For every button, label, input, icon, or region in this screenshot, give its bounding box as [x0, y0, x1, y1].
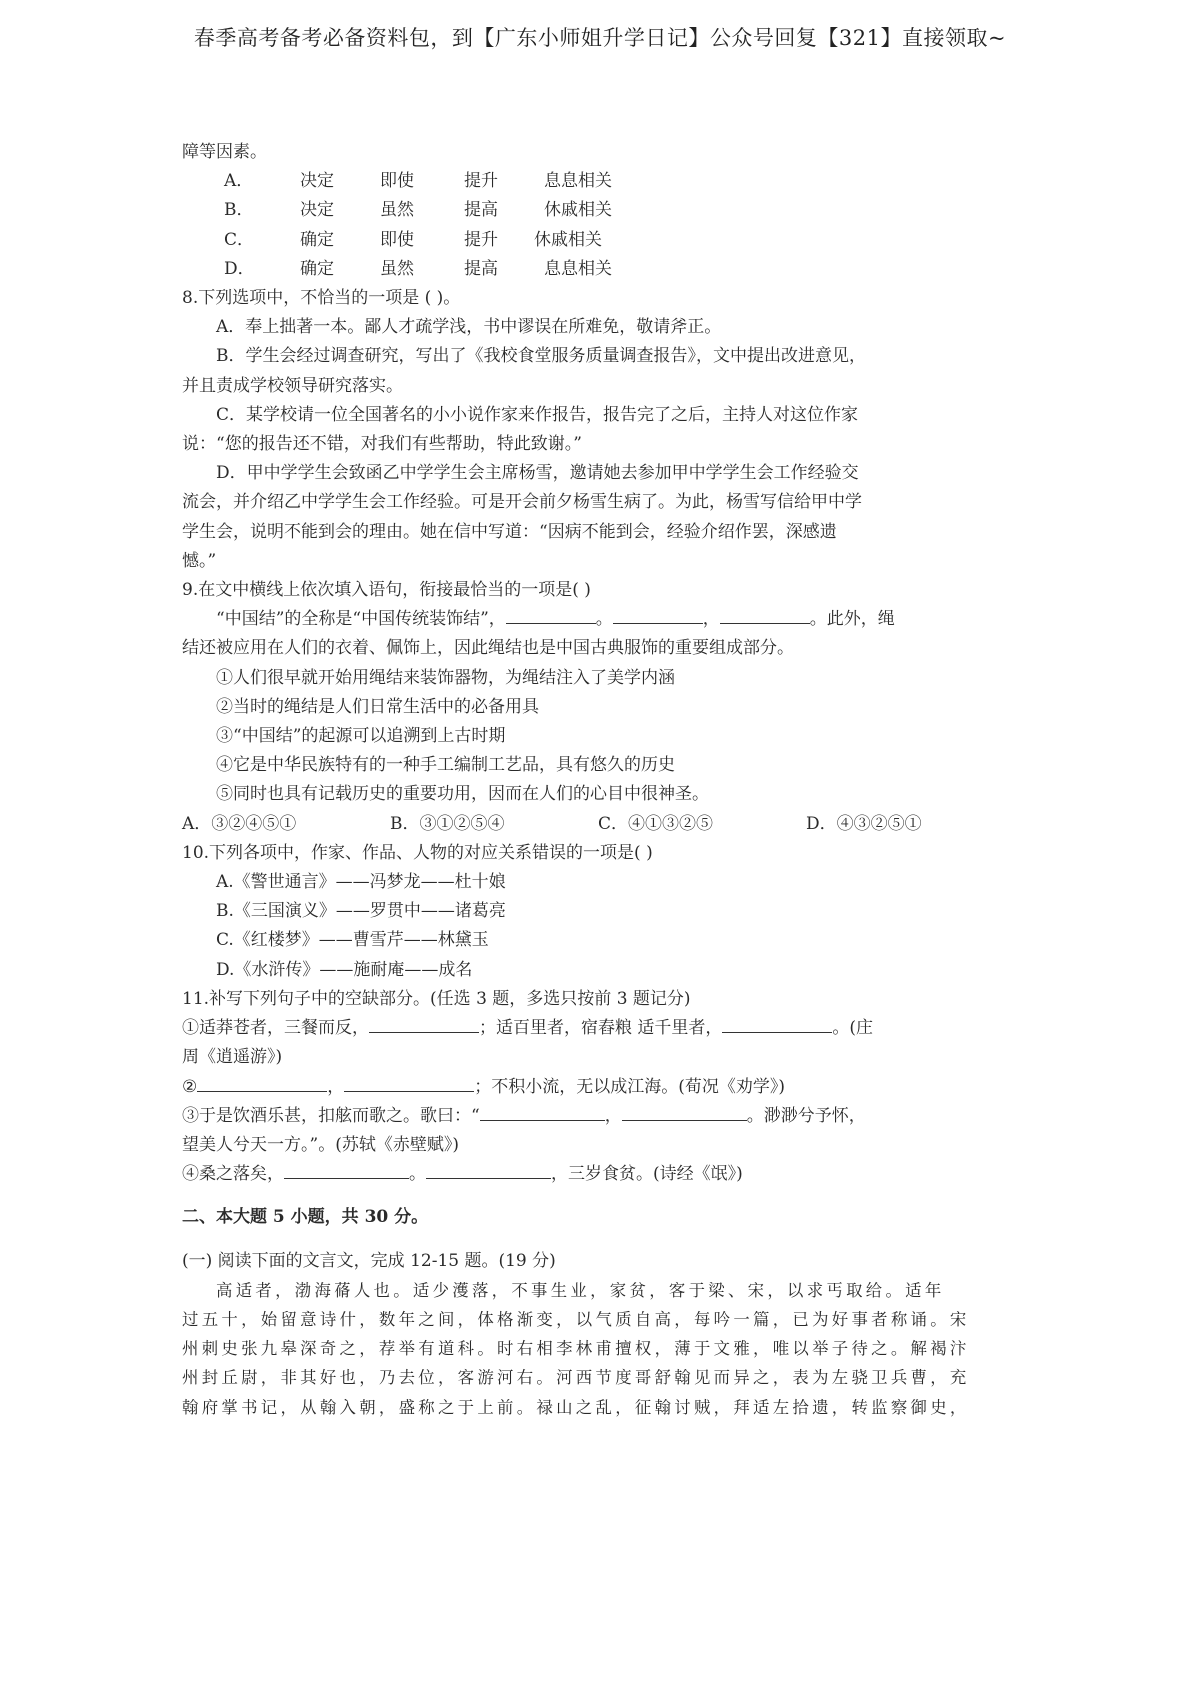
fill-blank: [480, 1102, 605, 1121]
q9-stem: 9.在文中横线上依次填入语句，衔接最恰当的一项是( ): [182, 576, 1022, 605]
q9-item: ③“中国结”的起源可以追溯到上古时期: [182, 722, 1022, 751]
q8-option-d: D．甲中学学生会致函乙中学学生会主席杨雪，邀请她去参加甲中学学生会工作经验交: [182, 459, 1022, 488]
q8-option-b: B．学生会经过调查研究，写出了《我校食堂服务质量调查报告》，文中提出改进意见，: [182, 342, 1022, 371]
classical-text-line: 高适者，渤海蓨人也。适少濩落，不事生业，家贫，客于梁、宋，以求丐取给。适年: [182, 1276, 1022, 1305]
q11-stem: 11.补写下列句子中的空缺部分。(任选 3 题，多选只按前 3 题记分): [182, 985, 1022, 1014]
q9-item: ①人们很早就开始用绳结来装饰器物，为绳结注入了美学内涵: [182, 664, 1022, 693]
q9-option-a: A．③②④⑤①: [182, 810, 390, 839]
q8-option-d-cont: 憾。”: [182, 547, 1022, 576]
q8-option-c-cont: 说：“您的报告还不错，对我们有些帮助，特此致谢。”: [182, 430, 1022, 459]
fill-blank: [197, 1073, 327, 1092]
q7-option-a: A． 决定 即使 提升 息息相关: [182, 167, 1022, 196]
fill-blank: [369, 1014, 479, 1033]
classical-text-line: 过五十，始留意诗什，数年之间，体格渐变，以气质自高，每吟一篇，已为好事者称诵。宋: [182, 1305, 1022, 1334]
fill-blank: [722, 1014, 832, 1033]
q9-passage: “中国结”的全称是“中国传统装饰结”，。，。此外，绳: [182, 605, 1022, 634]
q8-option-d-cont: 学生会，说明不能到会的理由。她在信中写道：“因病不能到会，经验介绍作罢，深感遗: [182, 518, 1022, 547]
q11-item-1: ①适莽苍者，三餐而反，；适百里者，宿舂粮 适千里者，。(庄: [182, 1014, 1022, 1043]
promo-banner: 春季高考备考必备资料包，到【广东小师姐升学日记】公众号回复【321】直接领取~: [0, 22, 1200, 52]
q8-option-a: A．奉上拙著一本。鄙人才疏学浅，书中谬误在所难免，敬请斧正。: [182, 313, 1022, 342]
q11-item-2: ②，；不积小流，无以成江海。(荀况《劝学》): [182, 1073, 1022, 1102]
fill-blank: [622, 1102, 747, 1121]
q11-item-3: ③于是饮酒乐甚，扣舷而歌之。歌曰：“，。渺渺兮予怀，: [182, 1102, 1022, 1131]
q10-option-b: B.《三国演义》——罗贯中——诸葛亮: [182, 897, 1022, 926]
q9-item: ②当时的绳结是人们日常生活中的必备用具: [182, 693, 1022, 722]
fill-blank: [284, 1160, 409, 1179]
q7-tail: 障等因素。: [182, 138, 1022, 167]
q8-stem: 8.下列选项中，不恰当的一项是 ( )。: [182, 284, 1022, 313]
q10-option-c: C.《红楼梦》——曹雪芹——林黛玉: [182, 926, 1022, 955]
q9-option-c: C．④①③②⑤: [598, 810, 806, 839]
q10-option-a: A.《警世通言》——冯梦龙——杜十娘: [182, 868, 1022, 897]
q10-option-d: D.《水浒传》——施耐庵——成名: [182, 956, 1022, 985]
q9-option-b: B．③①②⑤④: [390, 810, 598, 839]
q7-option-d: D． 确定 虽然 提高 息息相关: [182, 255, 1022, 284]
fill-blank: [344, 1073, 474, 1092]
q11-item-3-cont: 望美人兮天一方。”。(苏轼《赤壁赋》): [182, 1131, 1022, 1160]
q9-option-d: D．④③②⑤①: [806, 810, 1014, 839]
classical-text-line: 州刺史张九皋深奇之，荐举有道科。时右相李林甫擅权，薄于文雅，唯以举子待之。解褐汴: [182, 1334, 1022, 1363]
fill-blank: [613, 605, 703, 624]
section-2-title: 二、本大题 5 小题，共 30 分。: [182, 1203, 1022, 1232]
q9-item: ④它是中华民族特有的一种手工编制工艺品，具有悠久的历史: [182, 751, 1022, 780]
q11-item-4: ④桑之落矣，。，三岁食贫。(诗经《氓》): [182, 1160, 1022, 1189]
section-2-subtitle: (一) 阅读下面的文言文，完成 12-15 题。(19 分): [182, 1247, 1022, 1276]
fill-blank: [506, 605, 596, 624]
fill-blank: [426, 1160, 551, 1179]
fill-blank: [720, 605, 810, 624]
exam-page: 障等因素。 A． 决定 即使 提升 息息相关 B． 决定 虽然 提高 休戚相关 …: [182, 138, 1022, 1422]
q7-option-b: B． 决定 虽然 提高 休戚相关: [182, 196, 1022, 225]
q8-option-c: C．某学校请一位全国著名的小小说作家来作报告，报告完了之后，主持人对这位作家: [182, 401, 1022, 430]
q9-passage-cont: 结还被应用在人们的衣着、佩饰上，因此绳结也是中国古典服饰的重要组成部分。: [182, 634, 1022, 663]
q11-item-1-cont: 周《逍遥游》): [182, 1043, 1022, 1072]
classical-text-line: 翰府掌书记，从翰入朝，盛称之于上前。禄山之乱，征翰讨贼，拜适左拾遗，转监察御史，: [182, 1393, 1022, 1422]
q8-option-d-cont: 流会，并介绍乙中学学生会工作经验。可是开会前夕杨雪生病了。为此，杨雪写信给甲中学: [182, 488, 1022, 517]
q10-stem: 10.下列各项中，作家、作品、人物的对应关系错误的一项是( ): [182, 839, 1022, 868]
q8-option-b-cont: 并且责成学校领导研究落实。: [182, 372, 1022, 401]
classical-text-line: 州封丘尉，非其好也，乃去位，客游河右。河西节度哥舒翰见而异之，表为左骁卫兵曹，充: [182, 1363, 1022, 1392]
q9-item: ⑤同时也具有记载历史的重要功用，因而在人们的心目中很神圣。: [182, 780, 1022, 809]
q7-option-c: C． 确定 即使 提升 休戚相关: [182, 226, 1022, 255]
q9-options: A．③②④⑤① B．③①②⑤④ C．④①③②⑤ D．④③②⑤①: [182, 810, 1022, 839]
